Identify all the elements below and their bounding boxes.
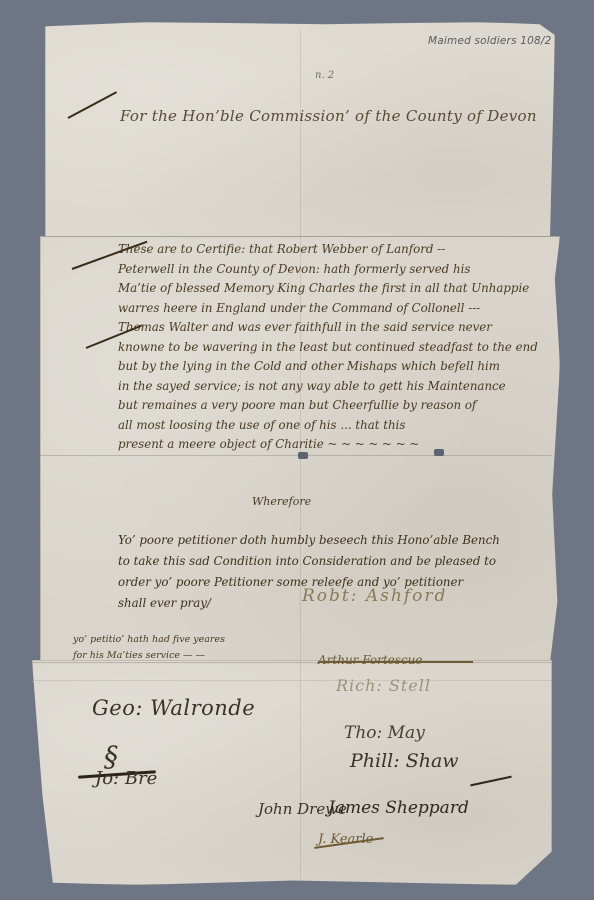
certificate-line: present a meere object of Charitie ~ ~ ~… [118,435,548,455]
margin-note: yo’ petitio’ hath had five yeares for hi… [73,632,225,664]
margin-note-line: yo’ petitio’ hath had five yeares [73,632,225,648]
folio-mark: n. 2 [315,70,334,81]
certificate-text: These are to Certifie: that Robert Webbe… [118,240,548,455]
signature-struck-through: Arthur Fortescue [318,653,423,667]
certificate-line: warres heere in England under the Comman… [118,299,548,319]
certificate-line: Thomas Walter and was ever faithfull in … [118,318,548,338]
certificate-line: Ma’tie of blessed Memory King Charles th… [118,279,548,299]
margin-note-line: for his Ma’ties service — — [73,648,225,664]
signature-walronde: Geo: Walronde [92,696,255,720]
address-heading: For the Hon’ble Commission’ of the Count… [120,107,537,125]
petition-line: Yo’ poore petitioner doth humbly beseech… [118,530,558,551]
certificate-line: in the sayed service; is not any way abl… [118,377,548,397]
wherefore-heading: Wherefore [252,495,311,508]
fold-line-lower-2 [32,680,552,682]
strike-through-line [318,661,473,663]
certificate-line: knowne to be wavering in the least but c… [118,338,548,358]
signature-rich: Rich: Stell [336,676,431,695]
certificate-line: all most loosing the use of one of his .… [118,416,548,436]
certificate-line: These are to Certifie: that Robert Webbe… [118,240,548,260]
certificate-line: but by the lying in the Cold and other M… [118,357,548,377]
signature-bre: Jo: Bre [95,768,157,789]
petition-line: to take this sad Condition into Consider… [118,551,558,572]
certificate-line: Peterwell in the County of Devon: hath f… [118,260,548,280]
signature-may: Tho: May [344,723,425,743]
archive-reference-label: Maimed soldiers 108/2 [428,35,552,47]
signature-shaw: Phill: Shaw [350,750,459,772]
fold-line-middle [40,455,552,457]
signature-petitioner: Robt: Ashford [302,586,447,606]
certificate-line: but remaines a very poore man but Cheerf… [118,396,548,416]
signature-james-sheppard: James Sheppard [328,798,469,818]
